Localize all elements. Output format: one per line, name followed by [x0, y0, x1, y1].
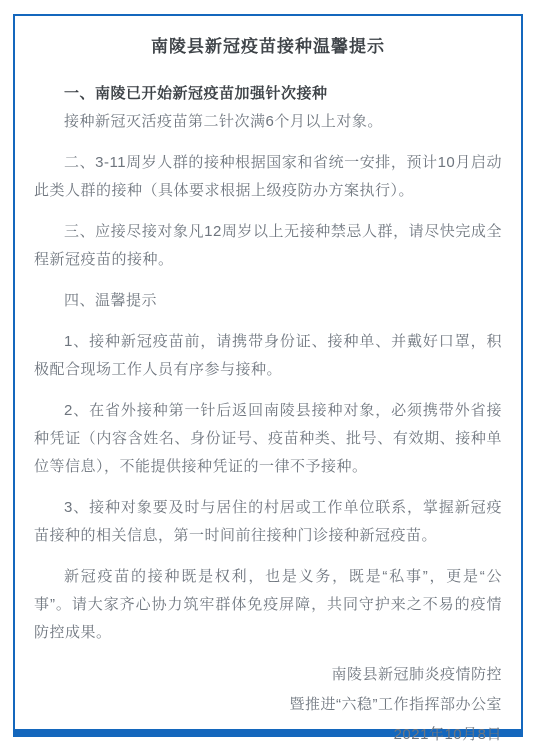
- notice-page: 南陵县新冠疫苗接种温馨提示 一、南陵已开始新冠疫苗加强针次接种 接种新冠灭活疫苗…: [0, 0, 536, 750]
- section-1-heading: 一、南陵已开始新冠疫苗加强针次接种: [34, 80, 502, 108]
- section-3-paragraph: 三、应接尽接对象凡12周岁以上无接种禁忌人群，请尽快完成全程新冠疫苗的接种。: [34, 218, 502, 274]
- section-4-heading: 四、温馨提示: [34, 287, 502, 315]
- signature-block: 南陵县新冠肺炎疫情防控 暨推进“六稳”工作指挥部办公室 2021年10月8日: [34, 660, 502, 750]
- notice-title: 南陵县新冠疫苗接种温馨提示: [34, 34, 502, 60]
- tip-item-1: 1、接种新冠疫苗前，请携带身份证、接种单、并戴好口罩，积极配合现场工作人员有序参…: [34, 328, 502, 384]
- notice-bordered-box: 南陵县新冠疫苗接种温馨提示 一、南陵已开始新冠疫苗加强针次接种 接种新冠灭活疫苗…: [13, 14, 523, 737]
- section-2-paragraph: 二、3-11周岁人群的接种根据国家和省统一安排，预计10月启动此类人群的接种（具…: [34, 149, 502, 205]
- tip-item-2: 2、在省外接种第一针后返回南陵县接种对象，必须携带外省接种凭证（内容含姓名、身份…: [34, 397, 502, 481]
- signature-line-org-2: 暨推进“六稳”工作指挥部办公室: [34, 690, 502, 720]
- section-1-body: 接种新冠灭活疫苗第二针次满6个月以上对象。: [34, 108, 502, 136]
- closing-paragraph: 新冠疫苗的接种既是权利，也是义务，既是“私事”，更是“公事”。请大家齐心协力筑牢…: [34, 563, 502, 647]
- signature-line-org-1: 南陵县新冠肺炎疫情防控: [34, 660, 502, 690]
- signature-date: 2021年10月8日: [34, 720, 502, 750]
- tip-item-3: 3、接种对象要及时与居住的村居或工作单位联系，掌握新冠疫苗接种的相关信息，第一时…: [34, 494, 502, 550]
